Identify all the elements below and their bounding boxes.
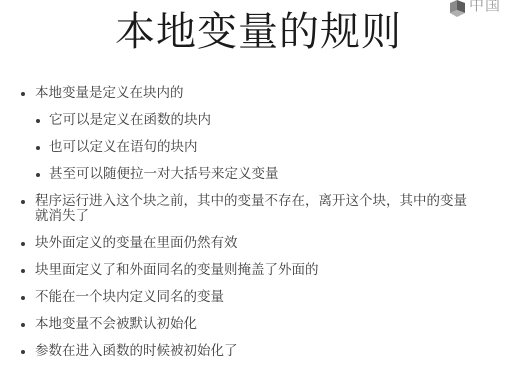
bullet-text: 程序运行进入这个块之前，其中的变量不存在，离开这个块，其中的变量就消失了: [35, 194, 475, 224]
bullet-text: 参数在进入函数的时候被初始化了: [35, 344, 475, 359]
slide: 中国 本地变量的规则 本地变量是定义在块内的 它可以是定义在函数的块内 也可以定…: [0, 0, 517, 365]
bullet-text: 不能在一个块内定义同名的变量: [35, 290, 475, 305]
bullet-text: 本地变量是定义在块内的: [35, 86, 475, 101]
bullet-dot-icon: [21, 92, 25, 96]
bullet-dot-icon: [21, 296, 25, 300]
bullet-text: 本地变量不会被默认初始化: [35, 317, 475, 332]
sub-bullet-item: 也可以定义在语句的块内: [0, 140, 517, 155]
bullet-dot-icon: [36, 146, 40, 150]
bullet-dot-icon: [21, 242, 25, 246]
bullet-text: 块里面定义了和外面同名的变量则掩盖了外面的: [35, 263, 475, 278]
sub-bullet-item: 它可以是定义在函数的块内: [0, 113, 517, 128]
bullet-text: 也可以定义在语句的块内: [49, 140, 489, 155]
bullet-item: 不能在一个块内定义同名的变量: [0, 290, 517, 305]
bullet-item: 块里面定义了和外面同名的变量则掩盖了外面的: [0, 263, 517, 278]
bullet-text: 它可以是定义在函数的块内: [49, 113, 489, 128]
slide-title: 本地变量的规则: [0, 8, 517, 56]
bullet-text: 甚至可以随便拉一对大括号来定义变量: [49, 167, 489, 182]
bullet-dot-icon: [36, 173, 40, 177]
bullet-text: 块外面定义的变量在里面仍然有效: [35, 236, 475, 251]
bullet-list: 本地变量是定义在块内的 它可以是定义在函数的块内 也可以定义在语句的块内 甚至可…: [0, 86, 517, 365]
bullet-dot-icon: [21, 323, 25, 327]
bullet-item: 本地变量不会被默认初始化: [0, 317, 517, 332]
bullet-item: 参数在进入函数的时候被初始化了: [0, 344, 517, 359]
bullet-dot-icon: [21, 350, 25, 354]
sub-bullet-item: 甚至可以随便拉一对大括号来定义变量: [0, 167, 517, 182]
bullet-dot-icon: [36, 119, 40, 123]
bullet-item: 本地变量是定义在块内的: [0, 86, 517, 101]
bullet-item: 块外面定义的变量在里面仍然有效: [0, 236, 517, 251]
bullet-dot-icon: [21, 269, 25, 273]
bullet-dot-icon: [21, 200, 25, 204]
bullet-item: 程序运行进入这个块之前，其中的变量不存在，离开这个块，其中的变量就消失了: [0, 194, 517, 224]
